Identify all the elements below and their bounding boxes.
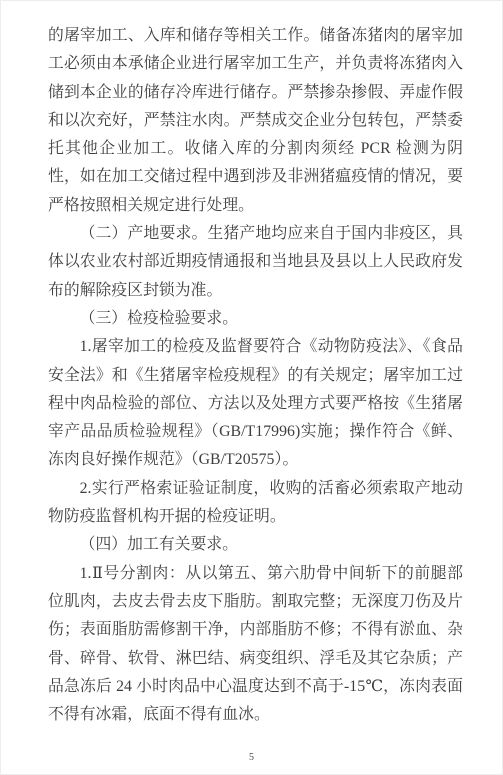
paragraph-origin-requirements: （二）产地要求。生猪产地均应来自于国内非疫区，具体以农业农村部近期疫情通报和当地… — [48, 220, 463, 305]
paragraph-inspection-item-1: 1.屠宰加工的检疫及监督要符合《动物防疫法》、《食品安全法》和《生猪屠宰检疫规程… — [48, 333, 463, 474]
page-number: 5 — [0, 752, 503, 763]
heading-quarantine-inspection-requirements: （三）检疫检验要求。 — [48, 305, 463, 333]
document-page: 的屠宰加工、入库和储存等相关工作。储备冻猪肉的屠宰加工必须由本承储企业进行屠宰加… — [0, 0, 503, 775]
paragraph-inspection-item-2: 2.实行严格索证验证制度，收购的活畜必须索取产地动物防疫监督机构开据的检疫证明。 — [48, 475, 463, 532]
document-body: 的屠宰加工、入库和储存等相关工作。储备冻猪肉的屠宰加工必须由本承储企业进行屠宰加… — [48, 22, 463, 729]
paragraph-processing-item-1: 1.Ⅱ号分割肉：从以第五、第六肋骨中间斩下的前腿部位肌肉，去皮去骨去皮下脂肪。割… — [48, 560, 463, 730]
heading-processing-requirements: （四）加工有关要求。 — [48, 531, 463, 559]
paragraph-continuation: 的屠宰加工、入库和储存等相关工作。储备冻猪肉的屠宰加工必须由本承储企业进行屠宰加… — [48, 22, 463, 220]
